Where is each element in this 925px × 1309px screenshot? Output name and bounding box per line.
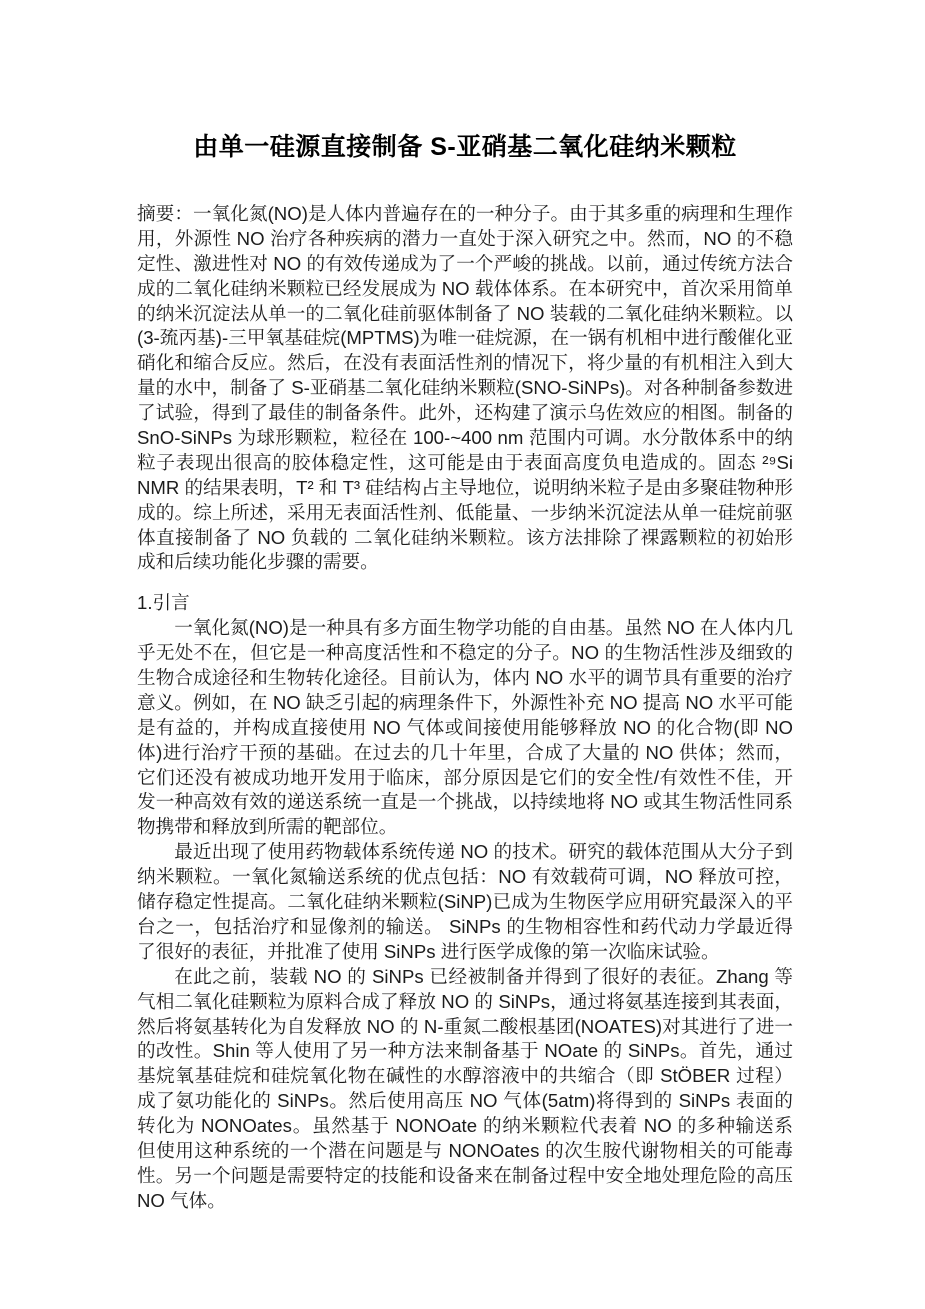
document-page: 由单一硅源直接制备 S-亚硝基二氧化硅纳米颗粒 摘要：一氧化氮(NO)是人体内普… [0, 0, 925, 1309]
text-line: (3-巯丙基)-三甲氧基硅烷(MPTMS)为唯一硅烷源，在一锅有机相中进行酸催化… [137, 326, 793, 351]
text-line: 体)进行治疗干预的基础。在过去的几十年里，合成了大量的 NO 供体；然而， [137, 741, 793, 766]
text-line: 的改性。Shin 等人使用了另一种方法来制备基于 NOate 的 SiNPs。首… [137, 1039, 793, 1064]
text-line: 用，外源性 NO 治疗各种疾病的潜力一直处于深入研究之中。然而，NO 的不稳 [137, 227, 793, 252]
text-line: 硝化和缩合反应。然后，在没有表面活性剂的情况下，将少量的有机相注入到大 [137, 351, 793, 376]
text-line: 储存稳定性提高。二氧化硅纳米颗粒(SiNP)已成为生物医学应用研究最深入的平 [137, 890, 793, 915]
text-line: 成了氨功能化的 SiNPs。然后使用高压 NO 气体(5atm)将得到的 SiN… [137, 1089, 793, 1114]
abstract-paragraph: 摘要：一氧化氮(NO)是人体内普遍存在的一种分子。由于其多重的病理和生理作用，外… [137, 202, 793, 575]
text-line: 基烷氧基硅烷和硅烷氧化物在碱性的水醇溶液中的共缩合（即 StÖBER 过程）合 [137, 1064, 793, 1089]
text-line: 性。另一个问题是需要特定的技能和设备来在制备过程中安全地处理危险的高压 [137, 1164, 793, 1189]
text-line: 转化为 NONOates。虽然基于 NONOate 的纳米颗粒代表着 NO 的多… [137, 1114, 793, 1139]
text-line: 纳米颗粒。一氧化氮输送系统的优点包括：NO 有效载荷可调，NO 释放可控， [137, 865, 793, 890]
document-title: 由单一硅源直接制备 S-亚硝基二氧化硅纳米颗粒 [137, 0, 793, 164]
section-gap [137, 575, 793, 591]
text-line: 意义。例如，在 NO 缺乏引起的病理条件下，外源性补充 NO 提高 NO 水平可… [137, 691, 793, 716]
text-line: 粒子表现出很高的胶体稳定性，这可能是由于表面高度负电造成的。固态 ²⁹Si [137, 451, 793, 476]
text-line: 定性、激进性对 NO 的有效传递成为了一个严峻的挑战。以前，通过传统方法合 [137, 252, 793, 277]
text-line: 了很好的表征，并批准了使用 SiNPs 进行医学成像的第一次临床试验。 [137, 940, 793, 965]
text-line: 但使用这种系统的一个潜在问题是与 NONOates 的次生胺代谢物相关的可能毒 [137, 1139, 793, 1164]
text-line: 乎无处不在，但它是一种高度活性和不稳定的分子。NO 的生物活性涉及细致的 [137, 641, 793, 666]
text-line: 的纳米沉淀法从单一的二氧化硅前驱体制备了 NO 装载的二氧化硅纳米颗粒。以 [137, 302, 793, 327]
text-line: 摘要：一氧化氮(NO)是人体内普遍存在的一种分子。由于其多重的病理和生理作 [137, 202, 793, 227]
section-heading-introduction: 1.引言 [137, 591, 793, 616]
text-line: 了试验，得到了最佳的制备条件。此外，还构建了演示乌佐效应的相图。制备的 [137, 401, 793, 426]
text-line: NMR 的结果表明，T² 和 T³ 硅结构占主导地位，说明纳米粒子是由多聚硅物种… [137, 476, 793, 501]
text-line: 台之一，包括治疗和显像剂的输送。 SiNPs 的生物相容性和药代动力学最近得到 [137, 915, 793, 940]
text-column: 由单一硅源直接制备 S-亚硝基二氧化硅纳米颗粒 摘要：一氧化氮(NO)是人体内普… [137, 0, 793, 1214]
introduction-paragraph-2: 最近出现了使用药物载体系统传递 NO 的技术。研究的载体范围从大分子到纳米颗粒。… [137, 840, 793, 964]
text-line: 一氧化氮(NO)是一种具有多方面生物学功能的自由基。虽然 NO 在人体内几 [137, 616, 793, 641]
text-line: 在此之前，装载 NO 的 SiNPs 已经被制备并得到了很好的表征。Zhang … [137, 965, 793, 990]
text-line: 气相二氧化硅颗粒为原料合成了释放 NO 的 SiNPs，通过将氨基连接到其表面， [137, 990, 793, 1015]
text-line: 生物合成途径和生物转化途径。目前认为，体内 NO 水平的调节具有重要的治疗 [137, 666, 793, 691]
text-line: 成的二氧化硅纳米颗粒已经发展成为 NO 载体体系。在本研究中，首次采用简单 [137, 277, 793, 302]
text-line: 它们还没有被成功地开发用于临床，部分原因是它们的安全性/有效性不佳，开 [137, 766, 793, 791]
introduction-paragraph-3: 在此之前，装载 NO 的 SiNPs 已经被制备并得到了很好的表征。Zhang … [137, 965, 793, 1214]
text-line: 体直接制备了 NO 负载的 二氧化硅纳米颗粒。该方法排除了裸露颗粒的初始形 [137, 526, 793, 551]
text-line: 发一种高效有效的递送系统一直是一个挑战，以持续地将 NO 或其生物活性同系 [137, 790, 793, 815]
introduction-paragraph-1: 一氧化氮(NO)是一种具有多方面生物学功能的自由基。虽然 NO 在人体内几乎无处… [137, 616, 793, 840]
text-line: SnO-SiNPs 为球形颗粒，粒径在 100-~400 nm 范围内可调。水分… [137, 426, 793, 451]
text-line: 然后将氨基转化为自发释放 NO 的 N-重氮二酸根基团(NOATES)对其进行了… [137, 1015, 793, 1040]
text-line: 最近出现了使用药物载体系统传递 NO 的技术。研究的载体范围从大分子到 [137, 840, 793, 865]
text-line: 物携带和释放到所需的靶部位。 [137, 815, 793, 840]
text-line: 量的水中，制备了 S-亚硝基二氧化硅纳米颗粒(SNO-SiNPs)。对各种制备参… [137, 376, 793, 401]
text-line: 是有益的，并构成直接使用 NO 气体或间接使用能够释放 NO 的化合物(即 NO… [137, 716, 793, 741]
text-line: 成的。综上所述，采用无表面活性剂、低能量、一步纳米沉淀法从单一硅烷前驱 [137, 501, 793, 526]
text-line: 成和后续功能化步骤的需要。 [137, 550, 793, 575]
text-line: NO 气体。 [137, 1189, 793, 1214]
